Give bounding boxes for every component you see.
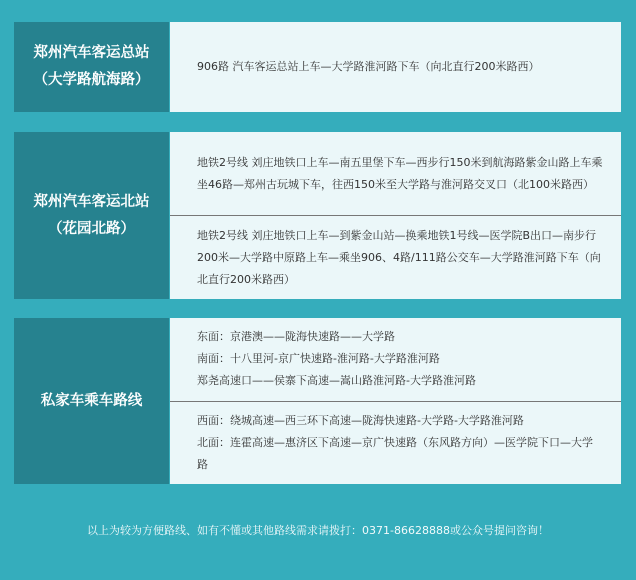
section-title: 私家车乘车路线 bbox=[41, 388, 143, 415]
route-text-south: 南面：十八里河-京广快速路-淮河路-大学路淮河路 bbox=[197, 348, 603, 370]
footer-contact-note: 以上为较为方便路线、如有不懂或其他路线需求请拨打：0371-86628888或公… bbox=[0, 522, 636, 538]
section-label: 私家车乘车路线 bbox=[14, 318, 169, 484]
route-text-west: 西面：绕城高速—西三环下高速—陇海快速路-大学路-大学路淮河路 bbox=[197, 410, 603, 432]
route-text: 地铁2号线 刘庄地铁口上车—南五里堡下车—西步行150米到航海路紫金山路上车乘坐… bbox=[197, 152, 603, 196]
section-bus-station-north: 郑州汽车客运北站 （花园北路） 地铁2号线 刘庄地铁口上车—南五里堡下车—西步行… bbox=[14, 132, 621, 299]
route-text: 地铁2号线 刘庄地铁口上车—到紫金山站—换乘地铁1号线—医学院B出口—南步行20… bbox=[197, 225, 603, 291]
section-bus-station-main: 郑州汽车客运总站 （大学路航海路） 906路 汽车客运总站上车—大学路淮河路下车… bbox=[14, 22, 621, 112]
section-title: 郑州汽车客运北站 bbox=[34, 189, 150, 216]
route-item: 西面：绕城高速—西三环下高速—陇海快速路-大学路-大学路淮河路 北面：连霍高速—… bbox=[170, 401, 621, 485]
route-item: 906路 汽车客运总站上车—大学路淮河路下车（向北直行200米路西） bbox=[170, 22, 621, 112]
section-private-car: 私家车乘车路线 东面：京港澳——陇海快速路——大学路 南面：十八里河-京广快速路… bbox=[14, 318, 621, 484]
route-item: 地铁2号线 刘庄地铁口上车—南五里堡下车—西步行150米到航海路紫金山路上车乘坐… bbox=[170, 132, 621, 215]
section-subtitle: （大学路航海路） bbox=[34, 67, 150, 94]
section-routes: 906路 汽车客运总站上车—大学路淮河路下车（向北直行200米路西） bbox=[170, 22, 621, 112]
route-text-north: 北面：连霍高速—惠济区下高速—京广快速路（东风路方向）—医学院下口—大学路 bbox=[197, 432, 603, 476]
route-text-east: 东面：京港澳——陇海快速路——大学路 bbox=[197, 326, 603, 348]
section-title: 郑州汽车客运总站 bbox=[34, 40, 150, 67]
route-item: 东面：京港澳——陇海快速路——大学路 南面：十八里河-京广快速路-淮河路-大学路… bbox=[170, 318, 621, 401]
section-subtitle: （花园北路） bbox=[48, 216, 135, 243]
section-routes: 东面：京港澳——陇海快速路——大学路 南面：十八里河-京广快速路-淮河路-大学路… bbox=[170, 318, 621, 484]
route-text: 906路 汽车客运总站上车—大学路淮河路下车（向北直行200米路西） bbox=[197, 56, 603, 78]
section-routes: 地铁2号线 刘庄地铁口上车—南五里堡下车—西步行150米到航海路紫金山路上车乘坐… bbox=[170, 132, 621, 299]
section-label: 郑州汽车客运北站 （花园北路） bbox=[14, 132, 169, 299]
route-item: 地铁2号线 刘庄地铁口上车—到紫金山站—换乘地铁1号线—医学院B出口—南步行20… bbox=[170, 215, 621, 299]
route-text-zhengyao: 郑尧高速口——侯寨下高速—嵩山路淮河路-大学路淮河路 bbox=[197, 370, 603, 392]
section-label: 郑州汽车客运总站 （大学路航海路） bbox=[14, 22, 169, 112]
